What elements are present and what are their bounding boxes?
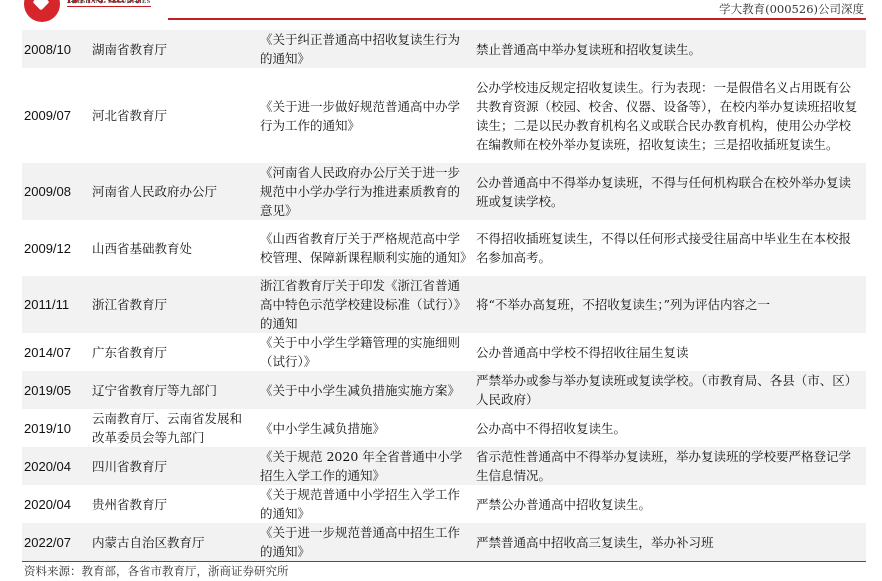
table-row: 2022/07内蒙古自治区教育厅《关于进一步规范普通高中招生工作的通知》严禁普通… [22,523,866,562]
table-row: 2009/12山西省基础教育处《山西省教育厅关于严格规范高中学校管理、保障新课程… [22,220,866,276]
page-header: 浙商证券 ZHESHANG SECURITIES 学大教育(000526)公司深… [0,0,882,24]
description-cell: 将“不举办高复班，不招收复读生；”列为评估内容之一 [472,276,866,333]
document-cell: 《关于进一步做好规范普通高中办学行为工作的通知》 [256,68,472,163]
report-title: 学大教育(000526)公司深度 [719,1,864,17]
date-cell: 2020/04 [22,485,88,523]
document-cell: 《关于中小学生学籍管理的实施细则（试行）》 [256,333,472,371]
document-cell: 《河南省人民政府办公厅关于进一步规范中小学办学行为推进素质教育的意见》 [256,163,472,220]
department-cell: 湖南省教育厅 [88,30,256,68]
department-cell: 辽宁省教育厅等九部门 [88,371,256,409]
description-cell: 公办普通高中不得举办复读班，不得与任何机构联合在校外举办复读班或复读学校。 [472,163,866,220]
department-cell: 山西省基础教育处 [88,220,256,276]
description-cell: 严禁举办或参与举办复读班或复读学校。（市教育局、各县（市、区）人民政府） [472,371,866,409]
header-divider [168,18,866,20]
department-cell: 内蒙古自治区教育厅 [88,523,256,562]
document-cell: 浙江省教育厅关于印发《浙江省普通高中特色示范学校建设标准（试行）》的通知 [256,276,472,333]
description-cell: 公办普通高中学校不得招收往届生复读 [472,333,866,371]
date-cell: 2009/12 [22,220,88,276]
document-cell: 《山西省教育厅关于严格规范高中学校管理、保障新课程顺利实施的通知》 [256,220,472,276]
table-row: 2011/11浙江省教育厅浙江省教育厅关于印发《浙江省普通高中特色示范学校建设标… [22,276,866,333]
table-row: 2019/05辽宁省教育厅等九部门《关于中小学生减负措施实施方案》严禁举办或参与… [22,371,866,409]
department-cell: 河北省教育厅 [88,68,256,163]
date-cell: 2020/04 [22,447,88,485]
source-note: 资料来源：教育部，各省市教育厅，浙商证券研究所 [24,563,289,579]
date-cell: 2014/07 [22,333,88,371]
date-cell: 2008/10 [22,30,88,68]
department-cell: 广东省教育厅 [88,333,256,371]
department-cell: 河南省人民政府办公厅 [88,163,256,220]
logo-mark-icon [24,0,60,22]
department-cell: 四川省教育厅 [88,447,256,485]
date-cell: 2019/05 [22,371,88,409]
policy-table: 2008/10湖南省教育厅《关于纠正普通高中招收复读生行为的通知》禁止普通高中举… [22,30,866,562]
table-row: 2014/07广东省教育厅《关于中小学生学籍管理的实施细则（试行）》公办普通高中… [22,333,866,371]
table-row: 2008/10湖南省教育厅《关于纠正普通高中招收复读生行为的通知》禁止普通高中举… [22,30,866,68]
date-cell: 2009/07 [22,68,88,163]
document-cell: 《关于中小学生减负措施实施方案》 [256,371,472,409]
table-row: 2009/07河北省教育厅《关于进一步做好规范普通高中办学行为工作的通知》公办学… [22,68,866,163]
description-cell: 禁止普通高中举办复读班和招收复读生。 [472,30,866,68]
date-cell: 2022/07 [22,523,88,562]
department-cell: 云南教育厅、云南省发展和改革委员会等九部门 [88,409,256,447]
document-cell: 《关于纠正普通高中招收复读生行为的通知》 [256,30,472,68]
logo-english-name: ZHESHANG SECURITIES [67,0,151,7]
description-cell: 严禁公办普通高中招收复读生。 [472,485,866,523]
department-cell: 浙江省教育厅 [88,276,256,333]
table-row: 2019/10云南教育厅、云南省发展和改革委员会等九部门《中小学生减负措施》公办… [22,409,866,447]
department-cell: 贵州省教育厅 [88,485,256,523]
description-cell: 不得招收插班复读生，不得以任何形式接受往届高中毕业生在本校报名参加高考。 [472,220,866,276]
date-cell: 2009/08 [22,163,88,220]
table-row: 2009/08河南省人民政府办公厅《河南省人民政府办公厅关于进一步规范中小学办学… [22,163,866,220]
date-cell: 2019/10 [22,409,88,447]
description-cell: 省示范性普通高中不得举办复读班，举办复读班的学校要严格登记学生信息情况。 [472,447,866,485]
brand-logo: 浙商证券 ZHESHANG SECURITIES [22,0,172,22]
description-cell: 严禁普通高中招收高三复读生，举办补习班 [472,523,866,562]
document-cell: 《关于规范普通中小学招生入学工作的通知》 [256,485,472,523]
description-cell: 公办高中不得招收复读生。 [472,409,866,447]
date-cell: 2011/11 [22,276,88,333]
table-row: 2020/04贵州省教育厅《关于规范普通中小学招生入学工作的通知》严禁公办普通高… [22,485,866,523]
document-cell: 《关于进一步规范普通高中招生工作的通知》 [256,523,472,562]
document-cell: 《中小学生减负措施》 [256,409,472,447]
table-row: 2020/04四川省教育厅《关于规范 2020 年全省普通中小学招生入学工作的通… [22,447,866,485]
document-cell: 《关于规范 2020 年全省普通中小学招生入学工作的通知》 [256,447,472,485]
description-cell: 公办学校违反规定招收复读生。行为表现：一是假借名义占用既有公共教育资源（校园、校… [472,68,866,163]
